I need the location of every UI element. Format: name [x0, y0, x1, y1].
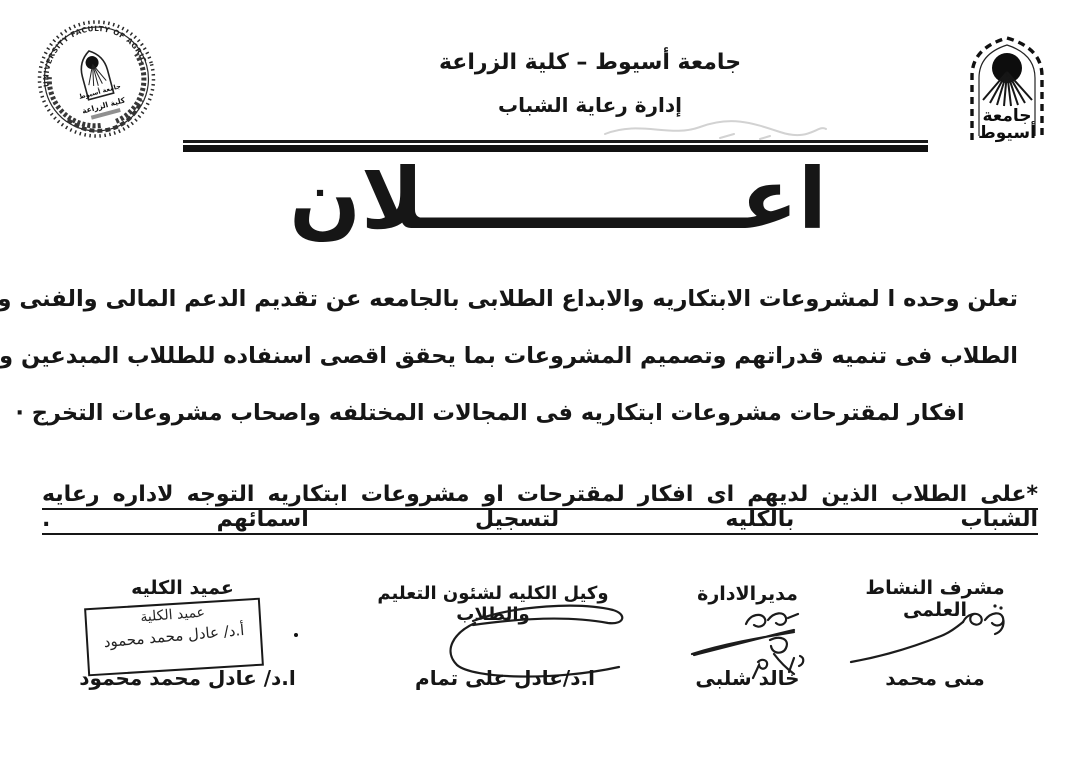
- signature-title-dean: عميد الكليه: [95, 577, 270, 599]
- emblem-text-line2: أسيوط: [978, 121, 1036, 143]
- body-line-1: تعلن وحده ا لمشروعات الابتكاريه والابداع…: [62, 284, 1018, 314]
- university-emblem: جامعة أسيوط: [952, 26, 1062, 152]
- university-name: جامعة أسيوط – كلية الزراعة: [320, 50, 860, 75]
- handwritten-signature-icon: [845, 600, 1015, 672]
- document-header: جامعة أسيوط – كلية الزراعة إدارة رعاية ا…: [320, 50, 860, 117]
- ink-speck: [294, 633, 298, 637]
- signature-name-adel-tamam: ا.د/عادل على تمام: [390, 666, 620, 690]
- signature-name-khaled: خالد شلبى: [680, 666, 815, 690]
- body-line-3: افكار لمقترحات مشروعات ابتكاريه فى المجا…: [12, 398, 968, 428]
- university-emblem-icon: جامعة أسيوط: [952, 26, 1062, 148]
- signature-name-mona: منى محمد: [845, 666, 1025, 690]
- registration-note: *على الطلاب الذين لديهم اى افكار لمقترحا…: [42, 482, 1038, 532]
- body-line-2: الطلاب فى تنميه قدراتهم وتصميم المشروعات…: [62, 341, 1018, 371]
- faculty-seal-stamp: ASSIUT UNIVERSITY FACULTY OF AGRICULTURE…: [19, 1, 183, 161]
- announcement-title: اعـــــــــــلان: [18, 150, 1080, 248]
- announcement-body: تعلن وحده ا لمشروعات الابتكاريه والابداع…: [62, 284, 1018, 455]
- dean-office-stamp: عميد الكلية أ.د/ عادل محمد محمود: [84, 598, 264, 677]
- faculty-seal-icon: ASSIUT UNIVERSITY FACULTY OF AGRICULTURE…: [19, 1, 182, 157]
- signature-mona-mohamed: [845, 600, 1015, 676]
